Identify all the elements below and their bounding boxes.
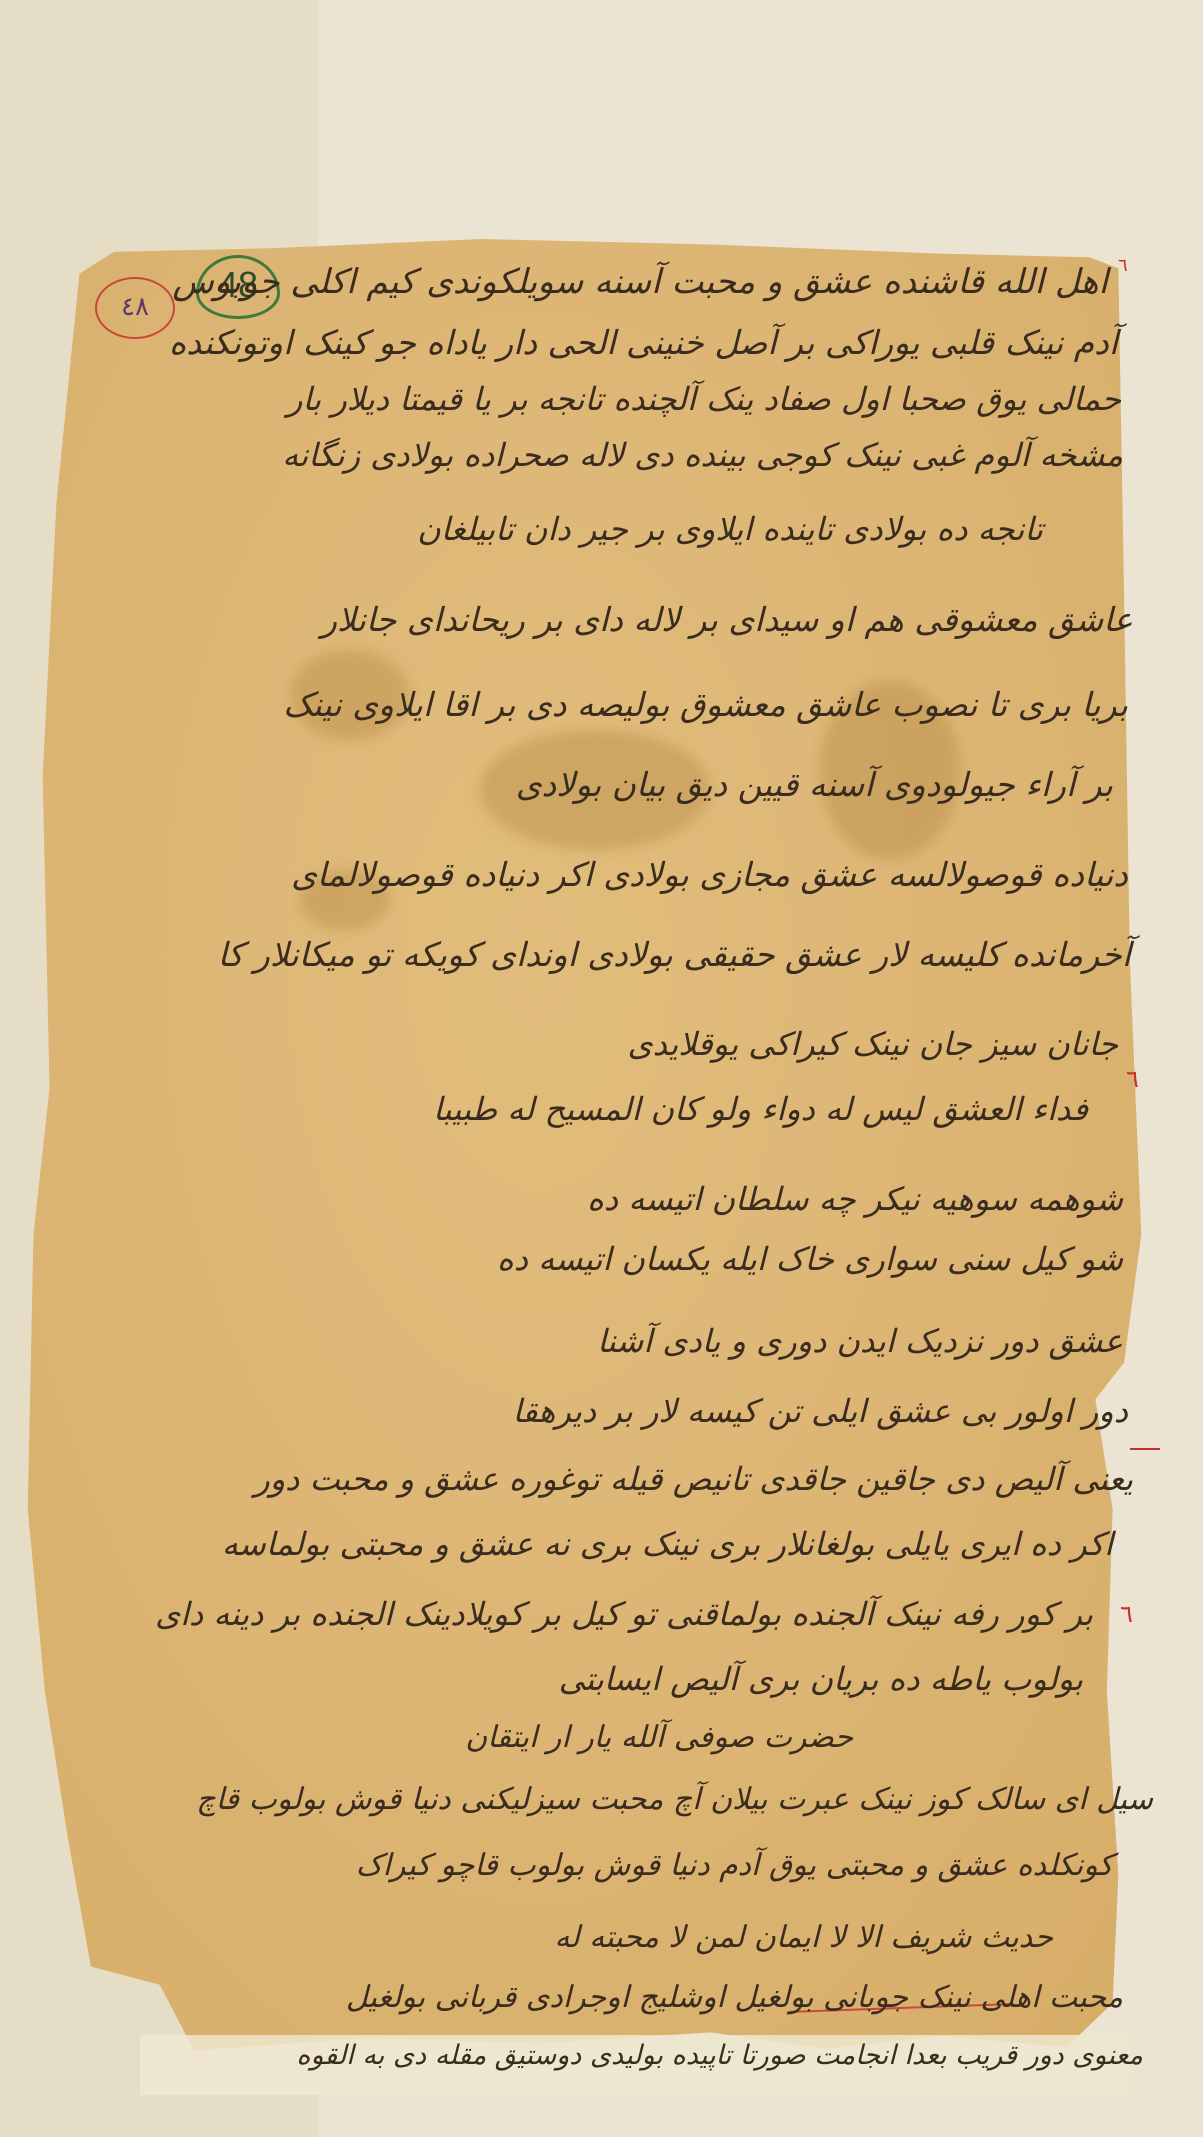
- margin-mark: ٦: [1126, 1065, 1139, 1094]
- manuscript-line: مشخه آلوم غبی نینک کوجی بینده دی لاله صح…: [282, 436, 1123, 474]
- manuscript-line: تانجه ده بولادی تاینده ایلاوی بر جیر دان…: [417, 510, 1043, 548]
- manuscript-line: دنیاده قوصولالسه عشق مجازی بولادی اکر دن…: [291, 855, 1128, 894]
- manuscript-line: دور اولور بی عشق ایلی تن کیسه لار بر دیر…: [513, 1392, 1129, 1430]
- margin-mark: ٦: [1118, 255, 1128, 276]
- manuscript-line: عاشق معشوقی هم او سیدای بر لاله دای بر ر…: [321, 600, 1133, 639]
- margin-mark: ٦: [1120, 1600, 1133, 1629]
- manuscript-line: حدیث شریف الا لا ایمان لمن لا محبته له: [554, 1920, 1053, 1955]
- manuscript-line: بولوب یاطه ده بریان بری آلیص ایسابتی: [559, 1660, 1083, 1698]
- manuscript-line: بر آراء جیولودوی آسنه قیین دیق بیان بولا…: [516, 765, 1113, 804]
- manuscript-line: اهل الله قاشنده عشق و محبت آسنه سویلکوند…: [172, 262, 1108, 302]
- manuscript-line: آخرمانده کلیسه لار عشق حقیقی بولادی اوند…: [218, 935, 1131, 974]
- manuscript-line: یعنی آلیص دی جاقین جاقدی تانیص قیله توغو…: [254, 1460, 1133, 1498]
- margin-tick: [1130, 1448, 1160, 1450]
- manuscript-line: حضرت صوفی آلله یار ار ایتقان: [465, 1720, 853, 1755]
- manuscript-line: اکر ده ایری یایلی بولغانلار بری نینک بری…: [222, 1525, 1113, 1563]
- manuscript-line: آدم نینک قلبی یوراکی بر آصل خنینی الحی د…: [169, 323, 1118, 362]
- manuscript-line: بر کور رفه نینک آلجنده بولماقنی تو کیل ب…: [155, 1595, 1093, 1633]
- manuscript-line: شو کیل سنی سواری خاک ایله یکسان اتیسه ده: [497, 1240, 1123, 1278]
- manuscript-line: فداء العشق لیس له دواء ولو کان المسیح له…: [433, 1090, 1088, 1128]
- manuscript-line: عشق دور نزدیک ایدن دوری و یادی آشنا: [597, 1322, 1123, 1360]
- old-folio-mark: ٤٨: [121, 292, 149, 321]
- manuscript-line: جانان سیز جان نینک کیراکی یوقلایدی: [628, 1025, 1118, 1063]
- manuscript-line: حمالی یوق صحبا اول صفاد ینک آلچنده تانجه…: [287, 380, 1121, 418]
- manuscript-line: معنوی دور قریب بعدا انجامت صورتا تاپیده …: [296, 2040, 1143, 2071]
- manuscript-line: کونکلده عشق و محبتی یوق آدم دنیا قوش بول…: [356, 1848, 1113, 1883]
- manuscript-line: سیل ای سالک کوز نینک عبرت بیلان آچ محبت …: [196, 1782, 1153, 1817]
- manuscript-line: بریا بری تا نصوب عاشق معشوق بولیصه دی بر…: [283, 685, 1128, 724]
- manuscript-line: شوهمه سوهیه نیکر چه سلطان اتیسه ده: [587, 1180, 1123, 1218]
- manuscript-line: محبت اهلی نینک جوبانی بولغیل اوشلیج اوجر…: [346, 1980, 1123, 2015]
- old-folio-mark-circled: ٤٨: [95, 277, 175, 339]
